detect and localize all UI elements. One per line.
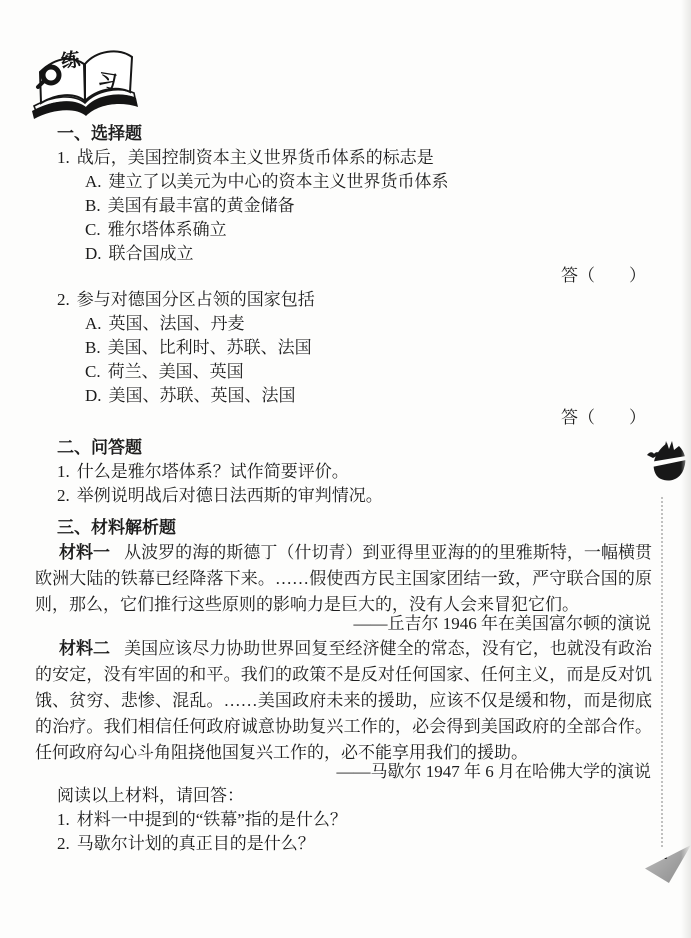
material-label: 材料二 [59,639,110,658]
option-row: B.美国、比利时、苏联、法国 [85,336,691,360]
material-text: 从波罗的海的斯德丁（什切青）到亚得里亚海的的里雅斯特，一幅横贯欧洲大陆的铁幕已经… [35,543,652,614]
question-number: 1. [57,462,70,481]
option-row: A.英国、法国、丹麦 [85,312,691,336]
question-stem-text: 战后，美国控制资本主义世界货币体系的标志是 [77,148,434,167]
option-row: B.美国有最丰富的黄金储备 [85,194,691,218]
option-label: D. [85,386,102,405]
question-number: 2. [57,486,70,505]
question-stem: 2.参与对德国分区占领的国家包括 [57,288,691,312]
option-text: 建立了以美元为中心的资本主义世界货币体系 [109,172,449,191]
option-text: 英国、法国、丹麦 [109,314,245,333]
material-question: 2.马歇尔计划的真正目的是什么？ [57,832,691,856]
margin-dotted-rule [661,497,663,847]
option-row: C.荷兰、美国、英国 [85,360,691,384]
question-number: 2. [57,290,70,309]
material-paragraph: 材料二美国应该尽力协助世界回复至经济健全的常态，没有它，也就没有政治的安定，没有… [35,636,652,766]
question-stem-text: 参与对德国分区占领的国家包括 [77,290,315,309]
option-text: 荷兰、美国、英国 [108,362,244,381]
question-stem: 1.战后，美国控制资本主义世界货币体系的标志是 [57,146,691,170]
scan-edge-shading [681,0,691,938]
material-prompt: 阅读以上材料，请回答： [57,784,691,808]
material-question-text: 马歇尔计划的真正目的是什么？ [77,834,315,853]
option-label: B. [85,196,101,215]
material-text: 美国应该尽力协助世界回复至经济健全的常态，没有它，也就没有政治的安定，没有牢固的… [35,639,652,762]
qa-item: 2.举例说明战后对德日法西斯的审判情况。 [57,484,691,508]
option-label: A. [85,314,102,333]
option-label: C. [85,362,101,381]
option-text: 美国有最丰富的黄金储备 [108,196,295,215]
material-question: 1.材料一中提到的“铁幕”指的是什么？ [57,808,691,832]
option-label: A. [85,172,102,191]
question-number: 2. [57,834,70,853]
answer-blank: 答（ ） [0,406,646,430]
material-question-text: 材料一中提到的“铁幕”指的是什么？ [77,810,347,829]
page-content: 一、选择题 1.战后，美国控制资本主义世界货币体系的标志是 A.建立了以美元为中… [0,0,691,856]
option-label: D. [85,244,102,263]
qa-item-text: 举例说明战后对德日法西斯的审判情况。 [77,486,383,505]
material-label: 材料一 [59,543,110,562]
option-label: C. [85,220,101,239]
option-row: D.美国、苏联、英国、法国 [85,384,691,408]
qa-item: 1.什么是雅尔塔体系？试作简要评价。 [57,460,691,484]
option-label: B. [85,338,101,357]
option-row: D.联合国成立 [85,242,691,266]
section-heading-qa: 二、问答题 [57,436,691,460]
textbook-page: 练 习 一、选择题 1.战后，美国控制资本主义世界货币体系的标志是 A.建立了以… [0,0,691,938]
question-number: 1. [57,810,70,829]
option-text: 雅尔塔体系确立 [108,220,227,239]
material-paragraph: 材料一从波罗的海的斯德丁（什切青）到亚得里亚海的的里雅斯特，一幅横贯欧洲大陆的铁… [35,540,652,618]
qa-item-text: 什么是雅尔塔体系？试作简要评价。 [77,462,349,481]
option-text: 美国、比利时、苏联、法国 [108,338,312,357]
option-text: 美国、苏联、英国、法国 [109,386,296,405]
option-text: 联合国成立 [109,244,194,263]
question-number: 1. [57,148,70,167]
option-row: A.建立了以美元为中心的资本主义世界货币体系 [85,170,691,194]
section-heading-choice: 一、选择题 [57,122,691,146]
answer-blank: 答（ ） [0,264,646,288]
section-heading-material: 三、材料解析题 [57,516,691,540]
option-row: C.雅尔塔体系确立 [85,218,691,242]
